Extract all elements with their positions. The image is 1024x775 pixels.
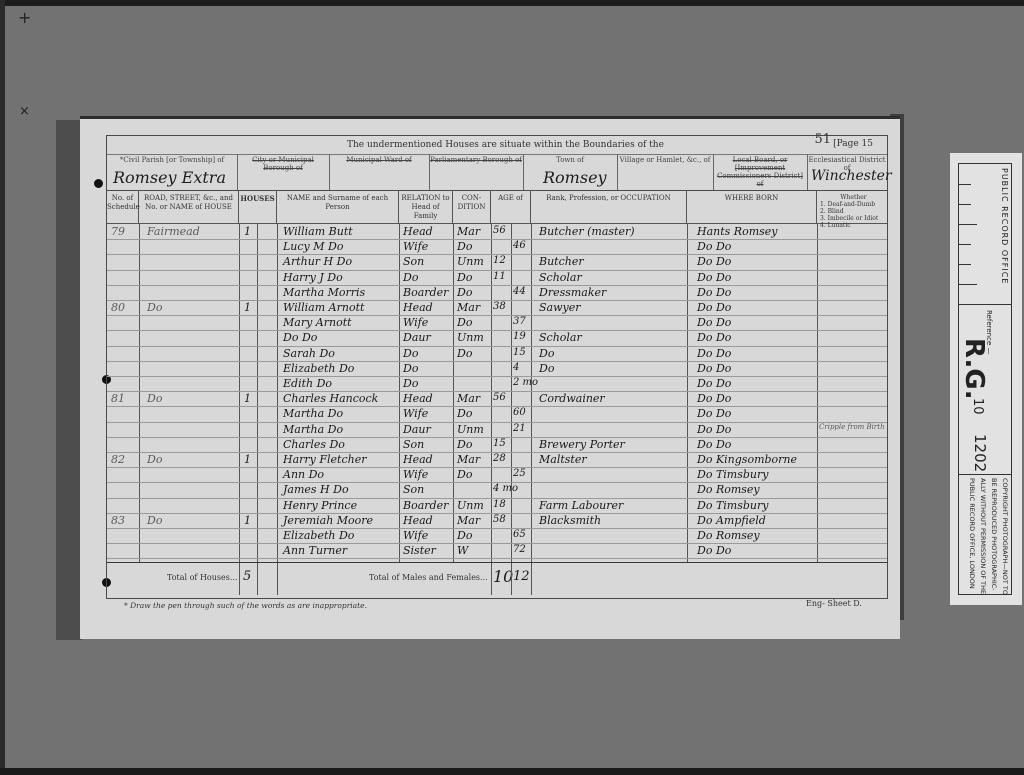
road-name: Fairmead	[147, 225, 200, 238]
totals-row: Total of Houses... 5 Total of Males and …	[107, 562, 887, 595]
registration-mark-plus: +	[18, 8, 31, 27]
office-label: PUBLIC RECORD OFFICE	[1000, 168, 1009, 284]
condition: Unm	[457, 499, 484, 512]
relation: Wife	[403, 240, 428, 253]
age-female: 2 mo	[513, 377, 538, 388]
table-row: Do DoDaurUnm19ScholarDo Do	[107, 330, 887, 345]
road-name: Do	[147, 514, 162, 527]
table-row: Ann TurnerSisterW72Do Do	[107, 543, 887, 558]
birthplace: Hants Romsey	[697, 225, 778, 238]
civil-parish-cell: *Civil Parish [or Township] of Romsey Ex…	[107, 154, 238, 190]
schedule-number: 80	[111, 301, 125, 314]
road-name: Do	[147, 392, 162, 405]
reference-class: R.G.	[959, 338, 989, 400]
table-row: 83Do1Jeremiah MooreHeadMar58BlacksmithDo…	[107, 513, 887, 528]
occupation: Scholar	[539, 331, 582, 344]
municipal-ward-label: Municipal Ward of	[329, 156, 429, 164]
village-cell: Village or Hamlet, &c., of	[617, 154, 714, 190]
age-female: 60	[513, 407, 526, 418]
relation: Head	[403, 514, 433, 527]
person-name: Martha Morris	[283, 286, 365, 299]
birthplace: Do Do	[697, 347, 731, 360]
person-name: Henry Prince	[283, 499, 357, 512]
person-name: Sarah Do	[283, 347, 335, 360]
occupation: Cordwainer	[539, 392, 605, 405]
col-infirmity: Whether 1. Deaf-and-Dumb 2. Blind 3. Imb…	[817, 190, 887, 224]
birthplace: Do Timsbury	[697, 468, 768, 481]
relation: Daur	[403, 331, 431, 344]
reference-tag-box: PUBLIC RECORD OFFICE Reference — R.G. 10…	[958, 163, 1012, 595]
relation: Do	[403, 362, 418, 375]
table-row: Arthur H DoSonUnm12ButcherDo Do	[107, 254, 887, 269]
page-shadow-left	[56, 120, 82, 640]
total-persons-label: Total of Males and Females...	[369, 573, 488, 582]
birthplace: Do Kingsomborne	[697, 453, 797, 466]
table-row: James H DoSon4 moDo Romsey	[107, 482, 887, 497]
schedule-number: 82	[111, 453, 125, 466]
table-row: 81Do1Charles HancockHeadMar56CordwainerD…	[107, 391, 887, 406]
schedule-number: 81	[111, 392, 125, 405]
infirmity-title: Whether	[820, 194, 887, 201]
municipal-ward-cell: Municipal Ward of	[329, 154, 430, 190]
relation: Wife	[403, 407, 428, 420]
condition: Mar	[457, 301, 480, 314]
relation: Son	[403, 438, 424, 451]
col-condition: CON-DITION	[453, 190, 491, 224]
table-row: Martha MorrisBoarderDo44DressmakerDo Do	[107, 285, 887, 300]
age-male: 28	[493, 453, 506, 464]
relation: Wife	[403, 529, 428, 542]
footnote: * Draw the pen through such of the words…	[124, 601, 367, 610]
relation: Daur	[403, 423, 431, 436]
town-label: Town of	[523, 156, 617, 164]
form-header: The undermentioned Houses are situate wi…	[107, 136, 887, 155]
table-row: Lucy M DoWifeDo46Do Do	[107, 239, 887, 254]
age-female: 4	[513, 362, 519, 373]
person-name: Charles Do	[283, 438, 345, 451]
table-row: Harry J DoDoDo11ScholarDo Do	[107, 270, 887, 285]
age-female: 15	[513, 347, 526, 358]
relation: Son	[403, 255, 424, 268]
schedule-number: 79	[111, 225, 125, 238]
copyright-line: ALLY WITHOUT PERMISSION OF THE	[979, 478, 987, 594]
condition: Do	[457, 438, 472, 451]
row-rule	[107, 558, 887, 559]
town-cell: Town of Romsey	[523, 154, 618, 190]
person-name: Ann Turner	[283, 544, 347, 557]
table-row: Edith DoDo2 moDo Do	[107, 376, 887, 391]
relation: Sister	[403, 544, 436, 557]
person-name: Do Do	[283, 331, 317, 344]
table-row: Martha DoWifeDo60Do Do	[107, 406, 887, 421]
birthplace: Do Do	[697, 331, 731, 344]
col-schedule: No. of Schedule	[107, 190, 139, 224]
age-male: 15	[493, 438, 506, 449]
occupation: Farm Labourer	[539, 499, 623, 512]
person-name: James H Do	[283, 483, 349, 496]
table-row: Charles DoSonDo15Brewery PorterDo Do	[107, 437, 887, 452]
age-female: 37	[513, 316, 526, 327]
road-name: Do	[147, 453, 162, 466]
col-born: WHERE BORN	[687, 190, 817, 224]
condition: Mar	[457, 514, 480, 527]
census-page: The undermentioned Houses are situate wi…	[80, 116, 900, 639]
relation: Do	[403, 377, 418, 390]
col-occupation: Rank, Profession, or OCCUPATION	[531, 190, 687, 224]
sheet-label: Eng- Sheet D.	[806, 599, 862, 608]
parliamentary-borough-label: Parliamentary Borough of	[429, 156, 523, 164]
birthplace: Do Romsey	[697, 529, 760, 542]
relation: Wife	[403, 468, 428, 481]
relation: Head	[403, 301, 433, 314]
parliamentary-borough-cell: Parliamentary Borough of	[429, 154, 524, 190]
ecclesiastical-district-value: Winchester	[811, 168, 892, 184]
condition: Do	[457, 286, 472, 299]
occupation: Scholar	[539, 271, 582, 284]
age-male: 58	[493, 514, 506, 525]
table-row: Ann DoWifeDo25Do Timsbury	[107, 467, 887, 482]
birthplace: Do Romsey	[697, 483, 760, 496]
table-row: 82Do1Harry FletcherHeadMar28MaltsterDo K…	[107, 452, 887, 467]
condition: Do	[457, 529, 472, 542]
table-row: Sarah DoDoDo15DoDo Do	[107, 346, 887, 361]
col-relation: RELATION to Head of Family	[399, 190, 453, 224]
copyright-line: COPYRIGHT PHOTOGRAPH—NOT TO	[1001, 478, 1009, 595]
civil-parish-value: Romsey Extra	[113, 168, 226, 187]
page-number: [Page 15	[833, 139, 873, 149]
total-females: 12	[513, 569, 530, 584]
condition: Unm	[457, 423, 484, 436]
age-female: 25	[513, 468, 526, 479]
age-female: 21	[513, 423, 526, 434]
person-name: Martha Do	[283, 423, 343, 436]
relation: Do	[403, 271, 418, 284]
birthplace: Do Do	[697, 240, 731, 253]
birthplace: Do Do	[697, 316, 731, 329]
age-female: 19	[513, 331, 526, 342]
birthplace: Do Timsbury	[697, 499, 768, 512]
condition: Mar	[457, 453, 480, 466]
town-value: Romsey	[543, 168, 607, 187]
houses-inhabited: 1	[244, 514, 251, 527]
copyright-line: PUBLIC RECORD OFFICE, LONDON	[968, 478, 976, 589]
punch-hole	[94, 179, 103, 188]
age-female: 46	[513, 240, 526, 251]
condition: Do	[457, 271, 472, 284]
relation: Son	[403, 483, 424, 496]
birthplace: Do Do	[697, 301, 731, 314]
birthplace: Do Do	[697, 544, 731, 557]
scan-border-top	[0, 0, 1024, 6]
infirmity-option: 2. Blind	[820, 208, 887, 215]
registration-mark-x: ×	[19, 104, 30, 119]
occupation: Butcher (master)	[539, 225, 635, 238]
table-row: Martha DoDaurUnm21Do DoCripple from Birt…	[107, 422, 887, 437]
houses-header: HOUSES	[240, 194, 274, 203]
reference-piece: 1202	[971, 434, 989, 472]
table-row: Henry PrinceBoarderUnm18Farm LabourerDo …	[107, 498, 887, 513]
folio-number: 51	[814, 132, 831, 147]
road-name: Do	[147, 301, 162, 314]
condition: Mar	[457, 225, 480, 238]
age-male: 12	[493, 255, 506, 266]
relation: Wife	[403, 316, 428, 329]
person-name: Harry Fletcher	[283, 453, 366, 466]
person-name: Edith Do	[283, 377, 332, 390]
person-name: Charles Hancock	[283, 392, 378, 405]
total-houses-label: Total of Houses...	[167, 573, 237, 582]
birthplace: Do Do	[697, 271, 731, 284]
age-male: 56	[493, 392, 506, 403]
infirmity-option: 3. Imbecile or Idiot	[820, 215, 887, 222]
occupation: Sawyer	[539, 301, 581, 314]
schedule-number: 83	[111, 514, 125, 527]
col-road: ROAD, STREET, &c., and No. or NAME of HO…	[139, 190, 239, 224]
scan-border-left	[0, 0, 5, 775]
relation: Boarder	[403, 499, 448, 512]
condition: Mar	[457, 392, 480, 405]
age-female: 44	[513, 286, 526, 297]
occupation: Do	[539, 347, 554, 360]
village-label: Village or Hamlet, &c., of	[617, 156, 713, 164]
table-row: Elizabeth DoDo4DoDo Do	[107, 361, 887, 376]
birthplace: Do Do	[697, 286, 731, 299]
condition: Do	[457, 347, 472, 360]
houses-inhabited: 1	[244, 453, 251, 466]
person-name: Elizabeth Do	[283, 362, 354, 375]
place-row: *Civil Parish [or Township] of Romsey Ex…	[107, 154, 887, 191]
municipal-borough-cell: City or Municipal Borough of	[237, 154, 330, 190]
age-male: 4 mo	[493, 483, 518, 494]
copyright-line: BE REPRODUCED PHOTOGRAPHIC-	[990, 478, 998, 591]
age-male: 38	[493, 301, 506, 312]
ruler: PUBLIC RECORD OFFICE	[959, 164, 1011, 305]
birthplace: Do Do	[697, 377, 731, 390]
relation: Boarder	[403, 286, 448, 299]
condition: Do	[457, 407, 472, 420]
table-row: Mary ArnottWifeDo37Do Do	[107, 315, 887, 330]
birthplace: Do Do	[697, 407, 731, 420]
birthplace: Do Do	[697, 423, 731, 436]
relation: Do	[403, 347, 418, 360]
scan-border-bottom	[0, 768, 1024, 775]
houses-inhabited: 1	[244, 392, 251, 405]
birthplace: Do Ampfield	[697, 514, 766, 527]
houses-inhabited: 1	[244, 301, 251, 314]
col-age: AGE of	[491, 190, 531, 224]
condition: Do	[457, 316, 472, 329]
condition: W	[457, 544, 468, 557]
age-female: 65	[513, 529, 526, 540]
infirmity-note: Cripple from Birth	[819, 423, 885, 431]
municipal-borough-label: City or Municipal Borough of	[237, 156, 329, 172]
reference-series: 10	[970, 398, 985, 415]
person-name: Mary Arnott	[283, 316, 352, 329]
condition: Do	[457, 468, 472, 481]
condition: Do	[457, 240, 472, 253]
occupation: Do	[539, 362, 554, 375]
condition: Unm	[457, 331, 484, 344]
person-name: Harry J Do	[283, 271, 343, 284]
relation: Head	[403, 225, 433, 238]
infirmity-option: 1. Deaf-and-Dumb	[820, 201, 887, 208]
person-name: Jeremiah Moore	[283, 514, 373, 527]
civil-parish-label: *Civil Parish [or Township] of	[107, 156, 237, 164]
occupation: Blacksmith	[539, 514, 601, 527]
relation: Head	[403, 453, 433, 466]
col-houses: HOUSES	[239, 190, 277, 224]
age-male: 11	[493, 271, 506, 282]
total-houses-value: 5	[243, 569, 251, 584]
table-row: Elizabeth DoWifeDo65Do Romsey	[107, 528, 887, 543]
person-name: Martha Do	[283, 407, 343, 420]
age-male: 18	[493, 499, 506, 510]
relation: Head	[403, 392, 433, 405]
age-male: 56	[493, 225, 506, 236]
age-female: 72	[513, 544, 526, 555]
occupation: Dressmaker	[539, 286, 606, 299]
table-row: 80Do1William ArnottHeadMar38SawyerDo Do	[107, 300, 887, 315]
ecclesiastical-district-cell: Ecclesiastical District of Winchester	[807, 154, 887, 190]
header-intro: The undermentioned Houses are situate wi…	[347, 140, 664, 150]
table-row: 79Fairmead1William ButtHeadMar56Butcher …	[107, 224, 887, 239]
condition: Unm	[457, 255, 484, 268]
occupation: Maltster	[539, 453, 587, 466]
person-name: William Butt	[283, 225, 353, 238]
houses-inhabited: 1	[244, 225, 251, 238]
person-name: Elizabeth Do	[283, 529, 354, 542]
occupation: Brewery Porter	[539, 438, 625, 451]
entries-grid: 79Fairmead1William ButtHeadMar56Butcher …	[107, 224, 887, 562]
birthplace: Do Do	[697, 255, 731, 268]
person-name: Ann Do	[283, 468, 324, 481]
birthplace: Do Do	[697, 362, 731, 375]
birthplace: Do Do	[697, 438, 731, 451]
person-name: Lucy M Do	[283, 240, 343, 253]
birthplace: Do Do	[697, 392, 731, 405]
census-form: The undermentioned Houses are situate wi…	[106, 135, 888, 599]
reference-tag: PUBLIC RECORD OFFICE Reference — R.G. 10…	[950, 153, 1022, 605]
col-name: NAME and Surname of each Person	[277, 190, 399, 224]
person-name: William Arnott	[283, 301, 364, 314]
local-board-cell: Local Board, or [Improvement Commissione…	[713, 154, 808, 190]
person-name: Arthur H Do	[283, 255, 352, 268]
local-board-label: Local Board, or [Improvement Commissione…	[713, 156, 807, 188]
occupation: Butcher	[539, 255, 584, 268]
